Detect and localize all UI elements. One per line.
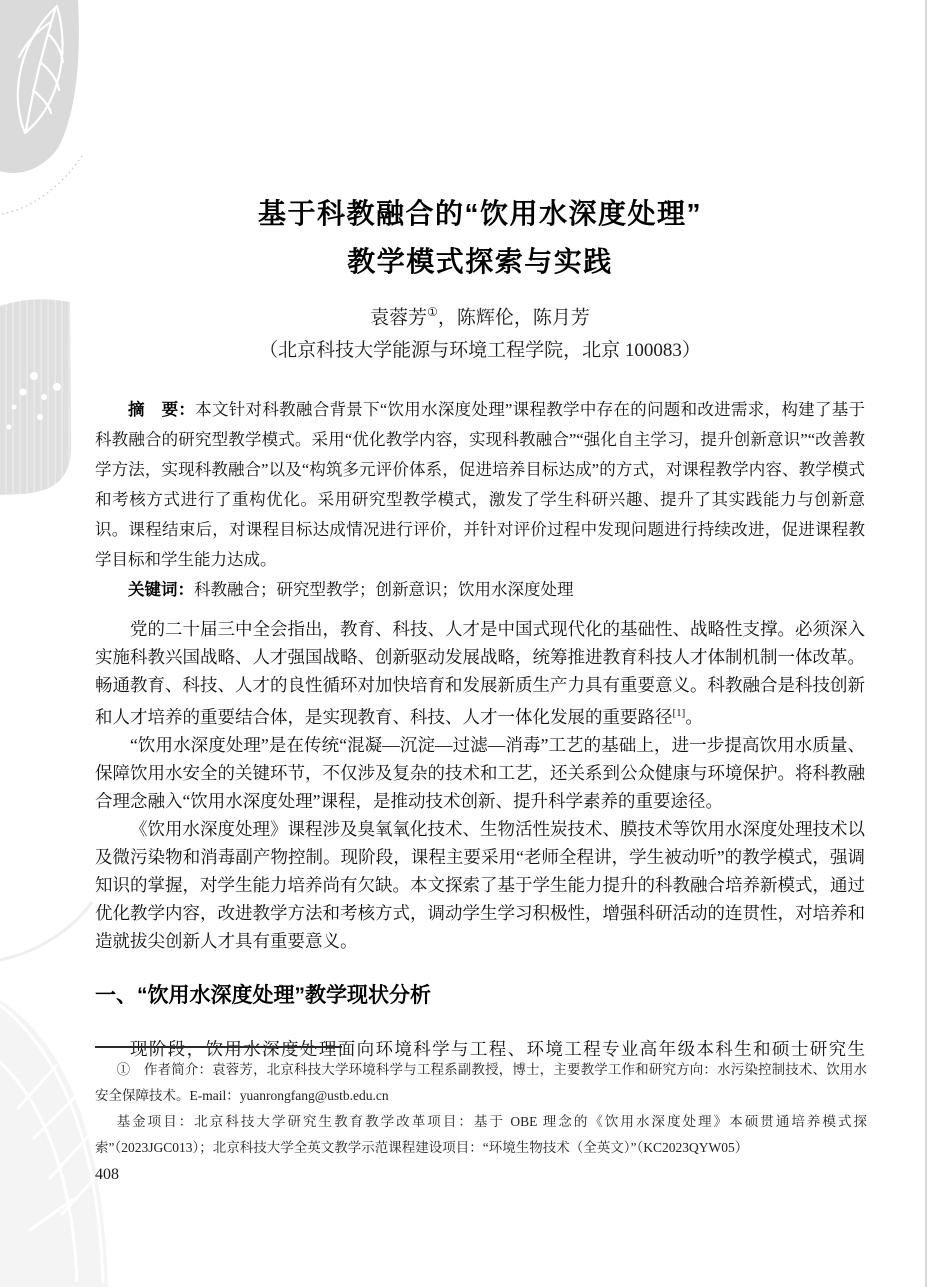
citation-ref-1: [1] (673, 707, 686, 719)
article-title-line1: 基于科教融合的“饮用水深度处理” (258, 198, 702, 229)
author-note-marker: ① (427, 305, 438, 319)
article-title-line2: 教学模式探索与实践 (347, 246, 613, 277)
footnotes-block: ① 作者简介：袁蓉芳，北京科技大学环境科学与工程系副教授，博士，主要教学工作和研… (95, 1046, 867, 1161)
abstract-label: 摘 要： (128, 401, 195, 419)
journal-page: 基于科教融合的“饮用水深度处理” 教学模式探索与实践 袁蓉芳①，陈辉伦，陈月芳 … (0, 0, 927, 1287)
paragraph-1: 党的二十届三中全会指出，教育、科技、人才是中国式现代化的基础性、战略性支撑。必须… (95, 615, 865, 731)
footnote-marker: ① (117, 1062, 131, 1077)
affiliation: （北京科技大学能源与环境工程学院，北京 100083） (95, 338, 865, 363)
footnote-divider (95, 1046, 342, 1048)
paragraph-3: 《饮用水深度处理》课程涉及臭氧氧化技术、生物活性炭技术、膜技术等饮用水深度处理技… (95, 815, 865, 955)
footnote-funding: 基金项目：北京科技大学研究生教育教学改革项目：基于 OBE 理念的《饮用水深度处… (95, 1109, 867, 1161)
keywords-text: 科教融合；研究型教学；创新意识；饮用水深度处理 (194, 580, 574, 599)
section-1-heading: 一、“饮用水深度处理”教学现状分析 (95, 981, 865, 1011)
leaf-watermark-icon (0, 0, 92, 220)
paragraph-1-end: 。 (685, 707, 703, 727)
paragraph-1-text: 党的二十届三中全会指出，教育、科技、人才是中国式现代化的基础性、战略性支撑。必须… (95, 619, 865, 727)
article-title: 基于科教融合的“饮用水深度处理” 教学模式探索与实践 (95, 190, 865, 286)
author-list: 袁蓉芳①，陈辉伦，陈月芳 (95, 300, 865, 330)
abstract-block: 摘 要：本文针对科教融合背景下“饮用水深度处理”课程教学中存在的问题和改进需求，… (95, 395, 865, 605)
author-names-rest: ，陈辉伦，陈月芳 (438, 307, 590, 328)
keywords-line: 关键词：科教融合；研究型教学；创新意识；饮用水深度处理 (95, 575, 865, 605)
footnote-author-bio-text: 作者简介：袁蓉芳，北京科技大学环境科学与工程系副教授，博士，主要教学工作和研究方… (95, 1062, 867, 1103)
footnote-author-bio: ① 作者简介：袁蓉芳，北京科技大学环境科学与工程系副教授，博士，主要教学工作和研… (95, 1057, 867, 1109)
article-body: 党的二十届三中全会指出，教育、科技、人才是中国式现代化的基础性、战略性支撑。必须… (95, 615, 865, 1063)
article-content: 基于科教融合的“饮用水深度处理” 教学模式探索与实践 袁蓉芳①，陈辉伦，陈月芳 … (95, 0, 865, 1063)
paragraph-2: “饮用水深度处理”是在传统“混凝—沉淀—过滤—消毒”工艺的基础上，进一步提高饮用… (95, 731, 865, 815)
abstract-paragraph: 摘 要：本文针对科教融合背景下“饮用水深度处理”课程教学中存在的问题和改进需求，… (95, 395, 865, 575)
striped-block-watermark-icon (0, 297, 78, 499)
abstract-text: 本文针对科教融合背景下“饮用水深度处理”课程教学中存在的问题和改进需求，构建了基… (95, 400, 865, 569)
author-name: 袁蓉芳 (370, 307, 427, 328)
page-number: 408 (95, 1166, 119, 1184)
keywords-label: 关键词： (128, 581, 194, 599)
